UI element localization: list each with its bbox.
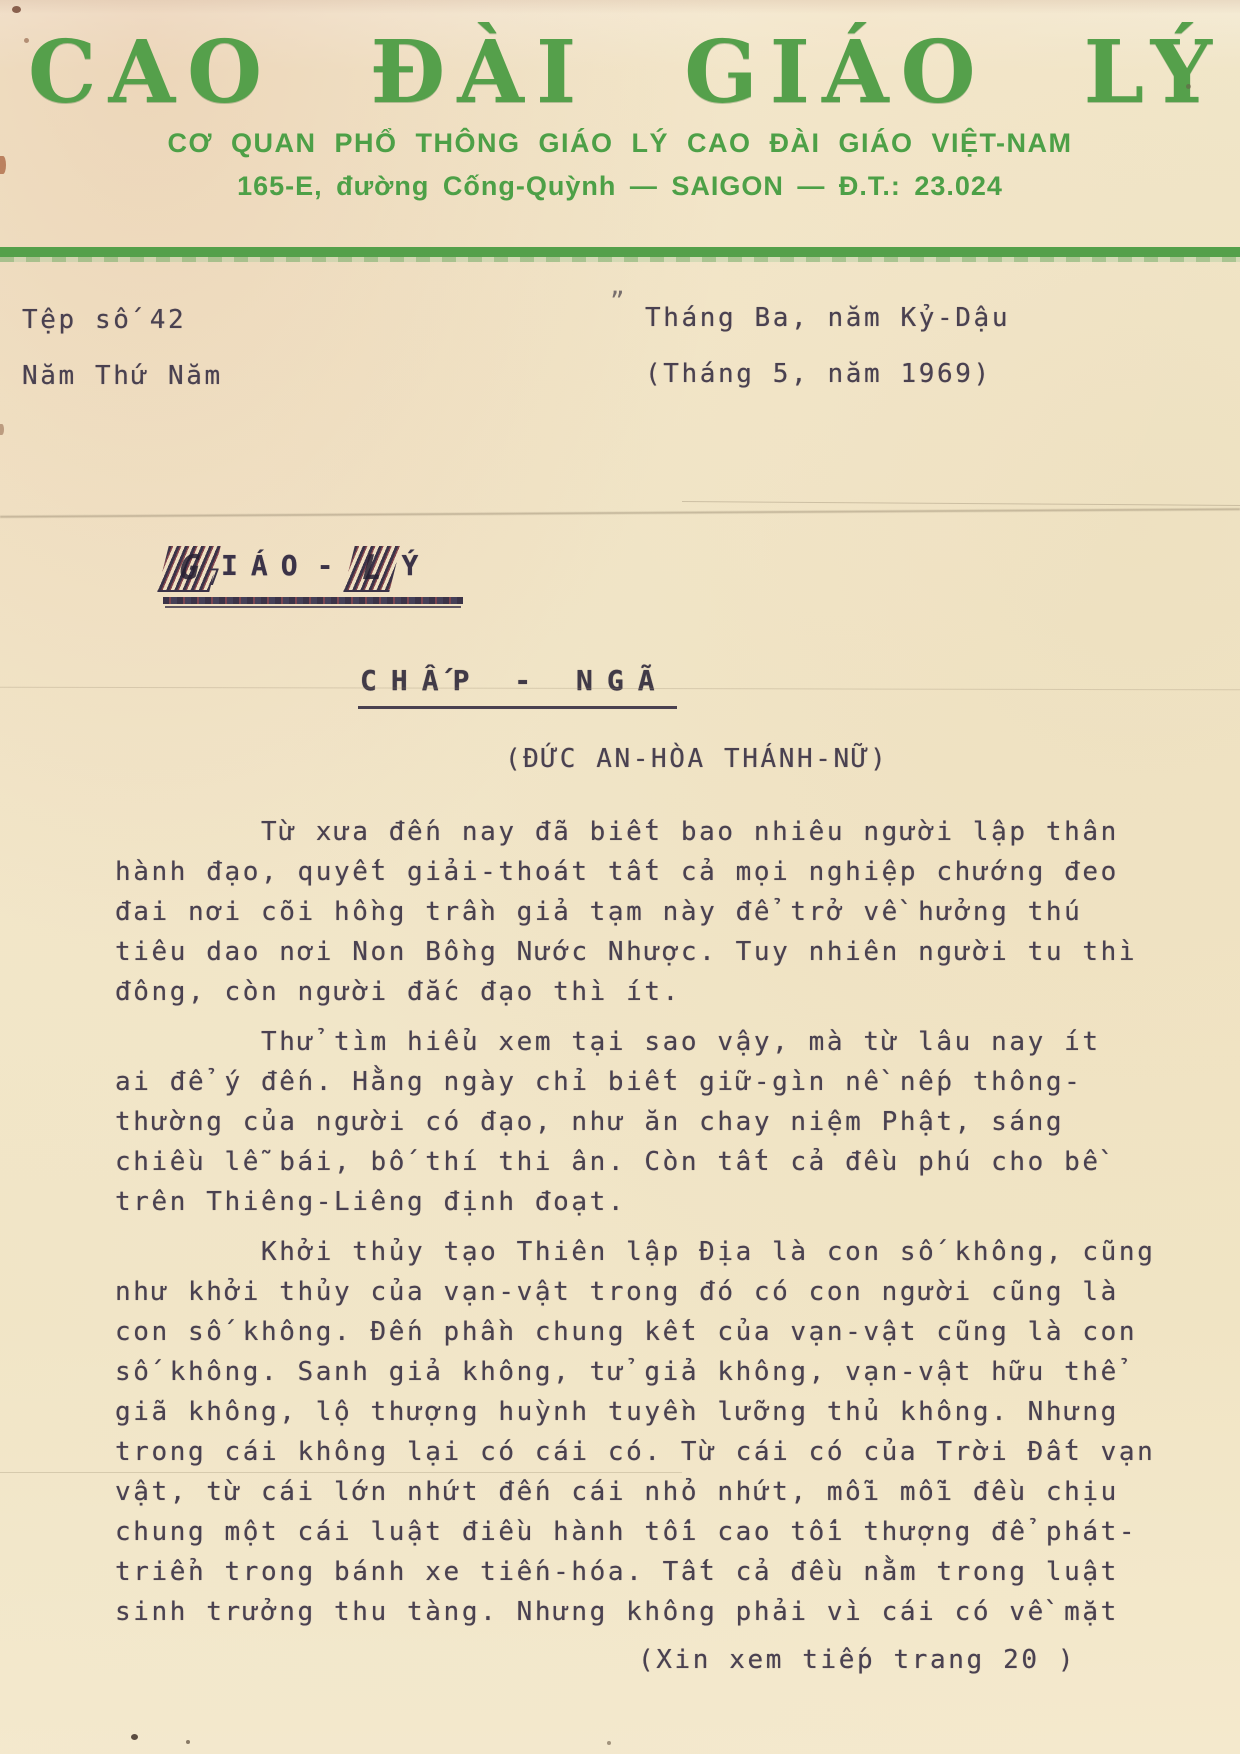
organization-line: CƠ QUAN PHỔ THÔNG GIÁO LÝ CAO ĐÀI GIÁO V…: [0, 128, 1240, 159]
paper-speck: [131, 1734, 138, 1740]
paper-speck: [12, 6, 21, 13]
stray-ink-mark: „: [610, 272, 624, 300]
date-gregorian: (Tháng 5, năm 1969): [645, 354, 992, 394]
article-body: Từ xưa đến nay đã biết bao nhiêu người l…: [115, 812, 1175, 1642]
paper-speck: [607, 1741, 611, 1745]
section-label-text: IÁO: [221, 540, 311, 592]
section-label-underline-thin: [165, 606, 461, 608]
paragraph-2: Thử tìm hiểu xem tại sao vậy, mà từ lâu …: [115, 1022, 1175, 1222]
paragraph-1: Từ xưa đến nay đã biết bao nhiêu người l…: [115, 812, 1175, 1012]
paper-speck: [0, 424, 4, 435]
paper-top-edge: [0, 0, 1240, 14]
masthead-word: ĐÀI: [370, 30, 588, 116]
article-author: (ĐỨC AN-HÒA THÁNH-NỮ): [505, 744, 888, 774]
header-rule-fringe: [0, 257, 1240, 262]
section-label-end: Ý: [401, 540, 431, 592]
section-label-underline: [163, 597, 463, 604]
paper-crease: [682, 501, 1240, 506]
paper-crease: [0, 508, 1240, 518]
section-label-dash: -: [317, 540, 334, 592]
masthead-word: GIÁO: [684, 30, 987, 116]
continuation-note: (Xin xem tiếp trang 20 ): [638, 1640, 1076, 1680]
overstrike-mark: 7: [207, 566, 220, 591]
issue-number: Tệp số 42: [22, 300, 186, 340]
date-lunar: Tháng Ba, năm Kỷ-Dậu: [645, 298, 1010, 338]
paper-speck: [186, 1740, 190, 1744]
masthead-word: LÝ: [1084, 30, 1224, 116]
header-rule: [0, 247, 1240, 257]
hatched-letter-l: L: [344, 546, 401, 592]
masthead: CAO ĐÀI GIÁO LÝ: [28, 30, 1224, 116]
article-title: CHẤP - NGÃ: [358, 664, 677, 709]
issue-year-label: Năm Thứ Năm: [22, 356, 223, 396]
masthead-word: CAO: [28, 30, 274, 116]
scanned-magazine-page: CAO ĐÀI GIÁO LÝ CƠ QUAN PHỔ THÔNG GIÁO L…: [0, 0, 1240, 1754]
section-label-giao-ly: G 7 IÁO - L Ý: [163, 540, 431, 592]
address-line: 165-E, đường Cống-Quỳnh — SAIGON — Đ.T.:…: [0, 171, 1240, 202]
paragraph-3: Khởi thủy tạo Thiên lập Địa là con số kh…: [115, 1232, 1175, 1632]
